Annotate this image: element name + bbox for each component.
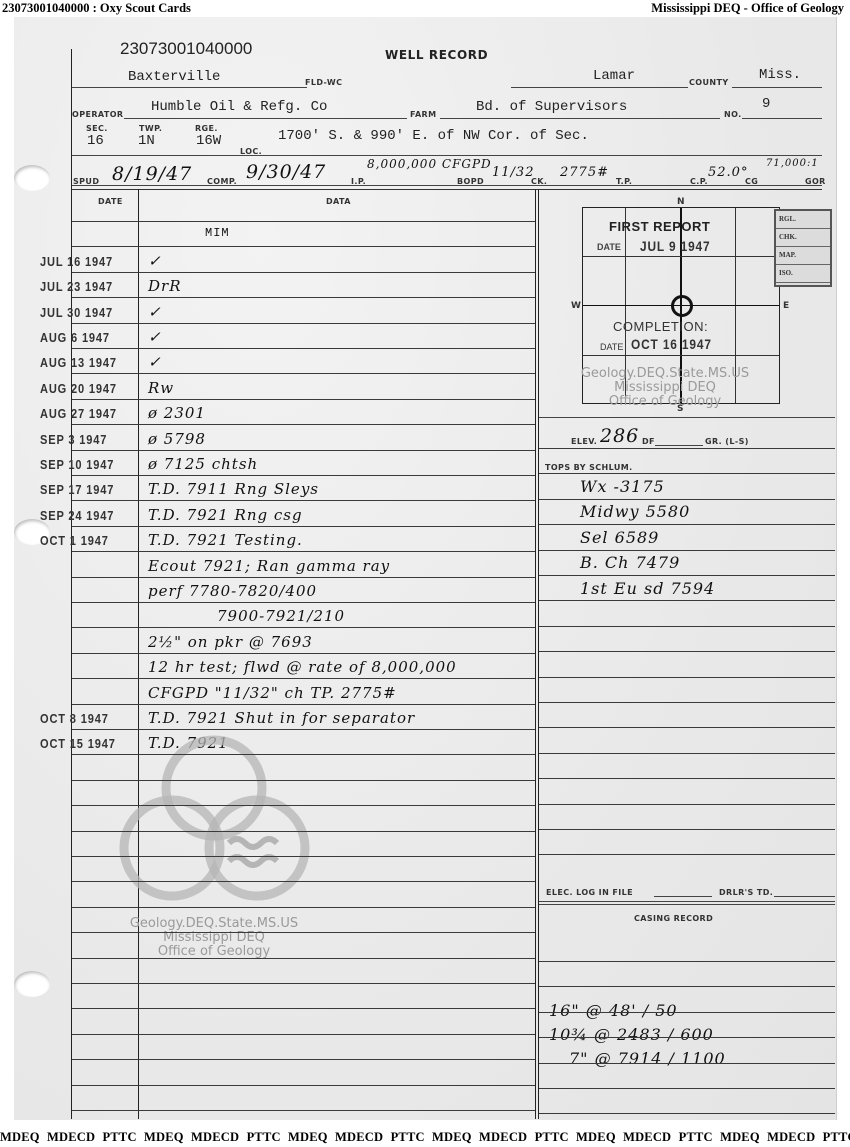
compass-west: W xyxy=(571,301,581,311)
completion-date-label: DATE xyxy=(600,342,623,352)
log-data: ✓ xyxy=(148,353,162,371)
twp-label: TWP. xyxy=(139,124,162,133)
review-stamp-row: CHK. xyxy=(776,229,830,247)
log-date: JUL 23 1947 xyxy=(40,279,113,294)
rule-line xyxy=(72,627,535,628)
log-data: ✓ xyxy=(148,328,162,346)
log-data: ø 2301 xyxy=(148,404,206,422)
log-date: SEP 3 1947 xyxy=(40,432,107,447)
rule-line xyxy=(72,526,535,527)
rule-line xyxy=(539,499,835,500)
ip-value: 8,000,000 CFGPD xyxy=(367,157,492,171)
rule-line xyxy=(72,1034,535,1035)
drlr-td-label: DRLR'S TD. xyxy=(719,888,773,897)
county-value: Lamar xyxy=(593,68,635,84)
watermark-line: Office of Geology xyxy=(570,395,760,409)
elev-label: ELEV. xyxy=(571,437,597,446)
rule-line xyxy=(72,881,535,882)
rule-line xyxy=(72,983,535,984)
twp-value: 1N xyxy=(138,133,155,149)
comp-value: 9/30/47 xyxy=(246,161,326,183)
rule-line xyxy=(539,575,835,576)
bopd-value: 11/32 xyxy=(492,165,534,180)
rule-line xyxy=(539,829,835,830)
cp-value: 52.0° xyxy=(708,165,748,180)
log-data: Rw xyxy=(148,379,174,397)
well-no-underline xyxy=(742,118,822,119)
rule-line xyxy=(539,1012,835,1013)
map-gridline xyxy=(583,355,779,356)
rule-line xyxy=(72,932,535,933)
log-data: ✓ xyxy=(148,303,162,321)
watermark-text-top: Geology.DEQ.State.MS.US Mississippi DEQ … xyxy=(570,367,760,409)
df-label: DF xyxy=(642,437,655,446)
rule-line xyxy=(539,550,835,551)
log-data: T.D. 7921 Testing. xyxy=(148,531,303,549)
well-no-label: NO. xyxy=(724,110,742,119)
rule-line xyxy=(72,653,535,654)
state-value: Miss. xyxy=(759,67,801,83)
rule-line xyxy=(539,778,835,779)
compass-east: E xyxy=(783,301,790,311)
log-data: CFGPD "11/32" ch TP. 2775# xyxy=(148,684,397,702)
operator-label: OPERATOR xyxy=(72,110,123,119)
rule-line xyxy=(72,754,535,755)
rule-line xyxy=(539,727,835,728)
log-data: T.D. 7921 Rng csg xyxy=(148,506,303,524)
review-stamp-row: RGL. xyxy=(776,211,830,229)
log-date: AUG 20 1947 xyxy=(40,381,117,396)
data-column-header: DATA xyxy=(326,197,351,206)
rule-line xyxy=(72,272,535,273)
casing-double-line xyxy=(539,904,835,905)
header-double-line xyxy=(72,189,822,190)
rule-line xyxy=(72,856,535,857)
date-column-divider xyxy=(138,189,139,1119)
state-underline xyxy=(732,87,822,88)
rge-value: 16W xyxy=(196,133,221,149)
log-data: ø 5798 xyxy=(148,430,206,448)
rule-line xyxy=(72,348,535,349)
watermark-line: Geology.DEQ.State.MS.US xyxy=(114,917,314,931)
elev-value: 286 xyxy=(600,425,639,447)
log-data: 12 hr test; flwd @ rate of 8,000,000 xyxy=(148,658,457,676)
rule-line xyxy=(539,961,835,962)
df-underline xyxy=(655,445,703,446)
sec-label: SEC. xyxy=(86,124,108,133)
api-number: 23073001040000 xyxy=(120,39,252,59)
rule-line xyxy=(539,524,835,525)
casing-entry: 7" @ 7914 / 1100 xyxy=(569,1049,726,1068)
review-stamp-row: MAP. xyxy=(776,247,830,265)
log-date: JUL 16 1947 xyxy=(40,254,113,269)
log-data: ø 7125 chtsh xyxy=(148,455,258,473)
watermark-text: Geology.DEQ.State.MS.US Mississippi DEQ … xyxy=(114,917,314,959)
elec-log-underline xyxy=(654,896,712,897)
farm-value: Bd. of Supervisors xyxy=(476,99,627,115)
agency-title: Mississippi DEQ - Office of Geology xyxy=(651,1,844,16)
rule-line xyxy=(72,424,535,425)
rule-line xyxy=(72,399,535,400)
casing-entry: 10¾ @ 2483 / 600 xyxy=(549,1025,714,1044)
drlr-td-underline xyxy=(774,896,835,897)
well-location-marker xyxy=(671,295,693,317)
log-data: 7900-7921/210 xyxy=(217,607,345,625)
binder-hole xyxy=(14,165,50,191)
rule-line xyxy=(539,702,835,703)
watermark-line: Mississippi DEQ xyxy=(570,381,760,395)
rule-line xyxy=(539,1088,835,1089)
rule-line xyxy=(72,551,535,552)
log-data: DrR xyxy=(148,277,182,295)
rule-line xyxy=(72,831,535,832)
rule-line xyxy=(72,1085,535,1086)
rule-line xyxy=(72,297,535,298)
log-data: ✓ xyxy=(148,252,162,270)
casing-double-line xyxy=(539,901,835,902)
log-date: SEP 24 1947 xyxy=(40,508,114,523)
log-date: AUG 13 1947 xyxy=(40,355,117,370)
ck-value: 2775# xyxy=(560,165,609,180)
rule-line xyxy=(72,678,535,679)
rule-line xyxy=(72,602,535,603)
log-data: 2½" on pkr @ 7693 xyxy=(148,633,313,651)
well-no-value: 9 xyxy=(762,96,770,112)
rule-line xyxy=(72,577,535,578)
rule-line xyxy=(539,677,835,678)
log-data: T.D. 7911 Rng Sleys xyxy=(148,480,319,498)
date-column-header: DATE xyxy=(98,197,123,206)
rule-line xyxy=(539,986,835,987)
tops-label: TOPS BY SCHLUM. xyxy=(545,463,633,472)
log-date: AUG 27 1947 xyxy=(40,406,117,421)
title-bar: 23073001040000 : Oxy Scout Cards Mississ… xyxy=(0,0,850,17)
completion-date: OCT 16 1947 xyxy=(631,336,712,352)
operator-underline xyxy=(124,118,407,119)
form-title: WELL RECORD xyxy=(385,48,488,62)
well-record-card: 23073001040000 WELL RECORD Baxterville F… xyxy=(14,17,836,1120)
rule-line xyxy=(72,1110,535,1111)
review-stamp-row: ISO. xyxy=(776,265,830,283)
log-date: OCT 8 1947 xyxy=(40,711,109,726)
mdeq-logo-watermark xyxy=(109,733,319,913)
rule-line xyxy=(539,448,835,449)
formation-top: Midwy 5580 xyxy=(580,502,690,521)
log-data: perf 7780-7820/400 xyxy=(148,582,317,600)
loc-underline xyxy=(72,155,822,156)
rule-line xyxy=(72,450,535,451)
completion-label: COMPLETION: xyxy=(613,319,708,334)
rule-line xyxy=(72,323,535,324)
binder-hole xyxy=(14,971,50,997)
formation-top: Wx -3175 xyxy=(580,477,665,496)
log-data: T.D. 7921 Shut in for separator xyxy=(148,709,415,727)
log-date: OCT 1 1947 xyxy=(40,533,109,548)
rule-line xyxy=(72,500,535,501)
rule-line xyxy=(72,1008,535,1009)
cg-value: 71,000:1 xyxy=(766,158,819,169)
footer-band: MDEQ MDECD PTTC MDEQ MDECD PTTC MDEQ MDE… xyxy=(0,1130,850,1147)
first-report-label: FIRST REPORT xyxy=(609,219,710,234)
log-data: MIM xyxy=(205,226,230,240)
right-panel-rule xyxy=(539,417,835,418)
log-data: Ecout 7921; Ran gamma ray xyxy=(148,557,390,575)
rule-line xyxy=(539,1113,835,1114)
county-label: COUNTY xyxy=(689,78,729,87)
rule-line xyxy=(72,780,535,781)
formation-top: B. Ch 7479 xyxy=(580,553,680,572)
rule-line xyxy=(539,1063,835,1064)
right-panel-divider xyxy=(535,189,536,1119)
rule-line xyxy=(539,1037,835,1038)
rule-line xyxy=(72,704,535,705)
first-report-date-label: DATE xyxy=(597,242,621,252)
right-panel-divider-2 xyxy=(538,189,539,1119)
casing-record-label: CASING RECORD xyxy=(634,914,713,923)
log-date: SEP 10 1947 xyxy=(40,457,114,472)
map-gridline xyxy=(583,256,779,257)
field-underline xyxy=(72,87,307,88)
spud-value: 8/19/47 xyxy=(112,163,192,185)
field-value: Baxterville xyxy=(128,69,220,85)
log-date: AUG 6 1947 xyxy=(40,330,110,345)
rule-line xyxy=(539,626,835,627)
rule-line xyxy=(72,246,535,247)
rule-line xyxy=(72,475,535,476)
rule-line xyxy=(539,753,835,754)
compass-north: N xyxy=(677,197,685,207)
farm-underline xyxy=(440,118,720,119)
field-label: FLD-WC xyxy=(305,78,342,87)
formation-top: Sel 6589 xyxy=(580,528,659,547)
rule-line xyxy=(72,221,535,222)
rule-line xyxy=(539,473,835,474)
review-stamp: RGL.CHK.MAP.ISO. xyxy=(774,209,832,287)
rule-line xyxy=(72,907,535,908)
rule-line xyxy=(72,373,535,374)
rule-line xyxy=(539,651,835,652)
rule-line xyxy=(72,805,535,806)
rule-line xyxy=(72,1059,535,1060)
sec-value: 16 xyxy=(87,133,104,149)
rule-line xyxy=(539,600,835,601)
loc-value: 1700' S. & 990' E. of NW Cor. of Sec. xyxy=(278,128,589,144)
rule-line xyxy=(539,804,835,805)
rule-line xyxy=(72,729,535,730)
document-title: 23073001040000 : Oxy Scout Cards xyxy=(2,1,191,16)
log-date: JUL 30 1947 xyxy=(40,305,113,320)
rule-line xyxy=(539,854,835,855)
watermark-line: Geology.DEQ.State.MS.US xyxy=(570,367,760,381)
farm-label: FARM xyxy=(410,110,436,119)
operator-value: Humble Oil & Refg. Co xyxy=(151,99,327,115)
formation-top: 1st Eu sd 7594 xyxy=(580,579,715,598)
casing-entry: 16" @ 48' / 50 xyxy=(549,1001,678,1020)
log-date: OCT 15 1947 xyxy=(40,736,116,751)
county-underline xyxy=(511,87,688,88)
spud-underline xyxy=(72,185,822,186)
log-date: SEP 17 1947 xyxy=(40,482,114,497)
rge-label: RGE. xyxy=(195,124,218,133)
elec-log-label: ELEC. LOG IN FILE xyxy=(546,888,633,897)
first-report-date: JUL 9 1947 xyxy=(640,238,710,254)
rule-line xyxy=(72,958,535,959)
gr-label: GR. (L-S) xyxy=(705,437,749,446)
